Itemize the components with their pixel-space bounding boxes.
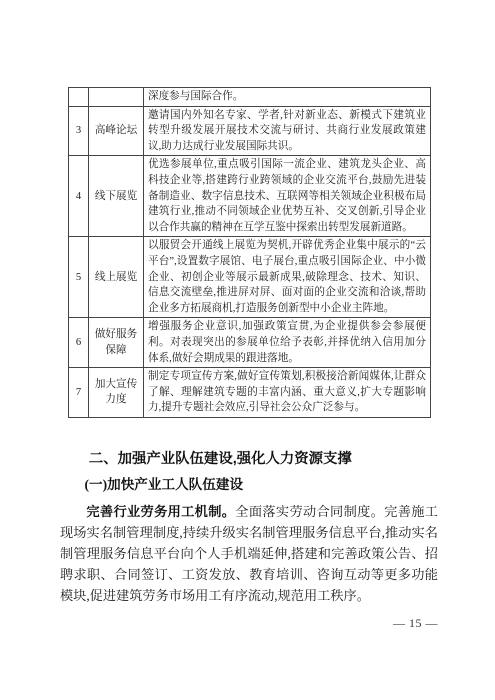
table-row: 7 加大宣传力度 制定专项宣传方案,做好宣传策划,积极接洽新闻媒体,让群众了解、… bbox=[69, 368, 431, 418]
table-row: 6 做好服务保障 增强服务企业意识,加强政策宣贯,为企业提供参会参展便利。对表现… bbox=[69, 318, 431, 368]
table-row: 4 线下展览 优选参展单位,重点吸引国际一流企业、建筑龙头企业、高科技企业等,搭… bbox=[69, 156, 431, 237]
row-number-cell: 7 bbox=[69, 368, 89, 418]
row-number-cell: 3 bbox=[69, 106, 89, 156]
row-category-cell: 线上展览 bbox=[89, 237, 144, 318]
row-category-cell: 线下展览 bbox=[89, 156, 144, 237]
table-row-continuation: 深度参与国际合作。 bbox=[69, 88, 431, 107]
row-category-cell: 高峰论坛 bbox=[89, 106, 144, 156]
row-category-cell bbox=[89, 88, 144, 107]
row-number-cell: 4 bbox=[69, 156, 89, 237]
row-number-cell: 5 bbox=[69, 237, 89, 318]
row-text-cell: 增强服务企业意识,加强政策宣贯,为企业提供参会参展便利。对表现突出的参展单位给予… bbox=[144, 318, 431, 368]
row-number-cell: 6 bbox=[69, 318, 89, 368]
paragraph-lead: 完善行业劳务用工机制。 bbox=[86, 504, 235, 519]
table-row: 5 线上展览 以服贸会开通线上展览为契机,开辟优秀企业集中展示的“云平台”,设置… bbox=[69, 237, 431, 318]
row-text-cell: 以服贸会开通线上展览为契机,开辟优秀企业集中展示的“云平台”,设置数字展馆、电子… bbox=[144, 237, 431, 318]
row-category-cell: 加大宣传力度 bbox=[89, 368, 144, 418]
row-number-cell bbox=[69, 88, 89, 107]
document-page: 深度参与国际合作。 3 高峰论坛 邀请国内外知名专家、学者,针对新业态、新模式下… bbox=[0, 0, 495, 700]
row-text-cell: 优选参展单位,重点吸引国际一流企业、建筑龙头企业、高科技企业等,搭建跨行业跨领域… bbox=[144, 156, 431, 237]
section-block: 二、加强产业队伍建设,强化人力资源支撑 (一)加快产业工人队伍建设 完善行业劳务… bbox=[60, 449, 438, 606]
table-row: 3 高峰论坛 邀请国内外知名专家、学者,针对新业态、新模式下建筑业转型升级发展开… bbox=[69, 106, 431, 156]
program-table: 深度参与国际合作。 3 高峰论坛 邀请国内外知名专家、学者,针对新业态、新模式下… bbox=[68, 87, 431, 418]
row-text-cell: 邀请国内外知名专家、学者,针对新业态、新模式下建筑业转型升级发展开展技术交流与研… bbox=[144, 106, 431, 156]
subsection-heading: (一)加快产业工人队伍建设 bbox=[60, 474, 438, 495]
row-text-cell: 制定专项宣传方案,做好宣传策划,积极接洽新闻媒体,让群众了解、理解建筑专题的丰富… bbox=[144, 368, 431, 418]
body-paragraph: 完善行业劳务用工机制。全面落实劳动合同制度。完善施工现场实名制管理制度,持续升级… bbox=[60, 501, 438, 606]
section-heading: 二、加强产业队伍建设,强化人力资源支撑 bbox=[60, 449, 438, 470]
page-number: — 15 — bbox=[393, 616, 438, 631]
row-category-cell: 做好服务保障 bbox=[89, 318, 144, 368]
row-text-cell: 深度参与国际合作。 bbox=[144, 88, 431, 107]
